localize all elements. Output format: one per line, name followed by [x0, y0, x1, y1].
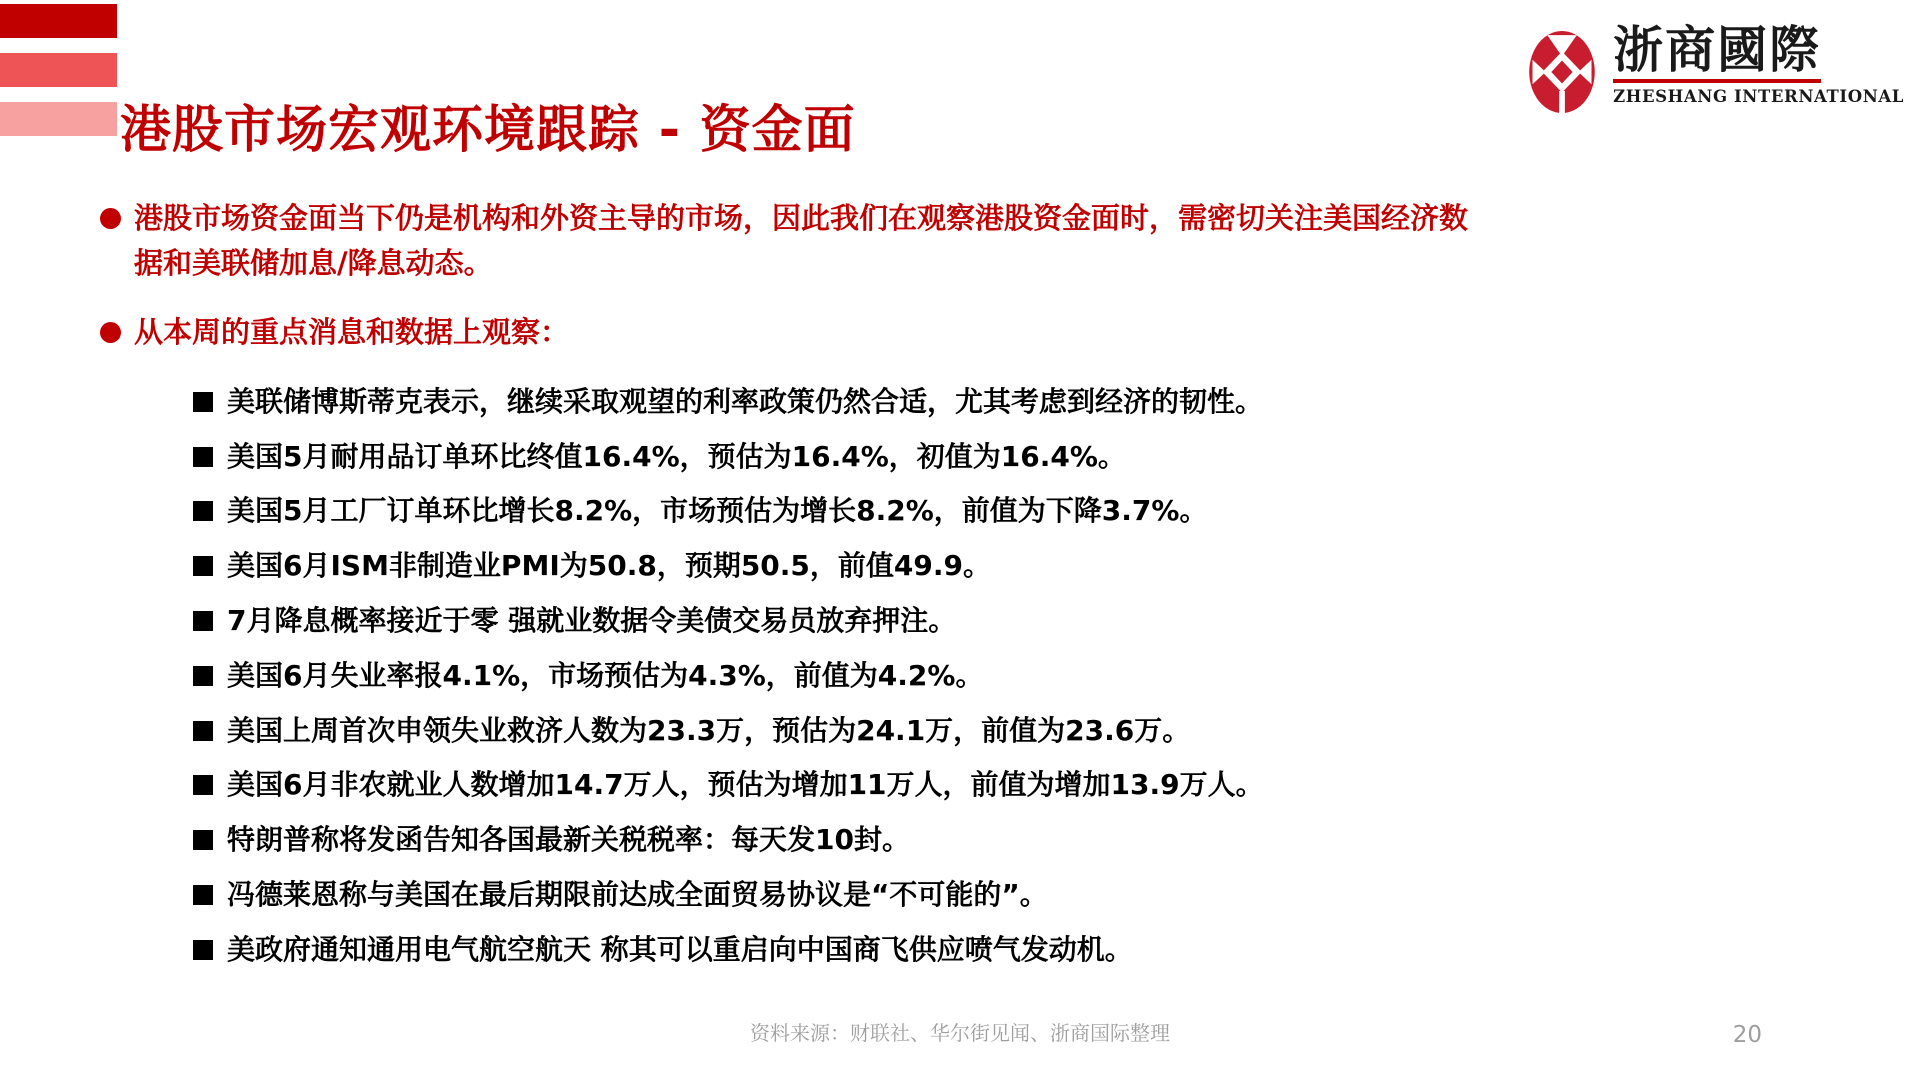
logo-name-chinese: 浙商國際: [1613, 22, 1821, 83]
bullet-square-icon: [193, 611, 213, 631]
decorative-bar-light: [0, 102, 117, 136]
page-number: 20: [1733, 1022, 1762, 1048]
sub-bullet-text: 7月降息概率接近于零 强就业数据令美债交易员放弃押注。: [227, 602, 956, 640]
sub-bullet-text: 美国6月非农就业人数增加14.7万人，预估为增加11万人，前值为增加13.9万人…: [227, 766, 1264, 804]
bullet-square-icon: [193, 556, 213, 576]
sub-bullet-item: 美政府通知通用电气航空航天 称其可以重启向中国商飞供应喷气发动机。: [193, 931, 1530, 969]
sub-bullet-item: 特朗普称将发函告知各国最新关税税率：每天发10封。: [193, 821, 1530, 859]
sub-bullet-text: 美国5月耐用品订单环比终值16.4%，预估为16.4%，初值为16.4%。: [227, 438, 1126, 476]
bullet-item: 港股市场资金面当下仍是机构和外资主导的市场，因此我们在观察港股资金面时，需密切关…: [100, 196, 1530, 286]
sub-bullet-item: 美国上周首次申领失业救济人数为23.3万，预估为24.1万，前值为23.6万。: [193, 712, 1530, 750]
bullet-square-icon: [193, 885, 213, 905]
decorative-bars: [0, 4, 117, 151]
bullet-square-icon: [193, 666, 213, 686]
sub-bullet-item: 美国6月失业率报4.1%，市场预估为4.3%，前值为4.2%。: [193, 657, 1530, 695]
sub-bullet-item: 美国6月ISM非制造业PMI为50.8，预期50.5，前值49.9。: [193, 547, 1530, 585]
sub-bullet-item: 冯德莱恩称与美国在最后期限前达成全面贸易协议是“不可能的”。: [193, 876, 1530, 914]
sub-bullet-list: 美联储博斯蒂克表示，继续采取观望的利率政策仍然合适，尤其考虑到经济的韧性。 美国…: [100, 383, 1530, 969]
sub-bullet-text: 冯德莱恩称与美国在最后期限前达成全面贸易协议是“不可能的”。: [227, 876, 1048, 914]
bullet-square-icon: [193, 447, 213, 467]
bullet-square-icon: [193, 940, 213, 960]
bullet-square-icon: [193, 392, 213, 412]
bullet-square-icon: [193, 830, 213, 850]
sub-bullet-item: 美国5月耐用品订单环比终值16.4%，预估为16.4%，初值为16.4%。: [193, 438, 1530, 476]
sub-bullet-text: 美国6月失业率报4.1%，市场预估为4.3%，前值为4.2%。: [227, 657, 983, 695]
sub-bullet-text: 美政府通知通用电气航空航天 称其可以重启向中国商飞供应喷气发动机。: [227, 931, 1133, 969]
sub-bullet-text: 美国6月ISM非制造业PMI为50.8，预期50.5，前值49.9。: [227, 547, 991, 585]
bullet-text: 从本周的重点消息和数据上观察：: [134, 310, 1484, 355]
slide-title: 港股市场宏观环境跟踪 - 资金面: [120, 88, 856, 162]
sub-bullet-text: 美联储博斯蒂克表示，继续采取观望的利率政策仍然合适，尤其考虑到经济的韧性。: [227, 383, 1263, 421]
bullet-dot-icon: [100, 208, 121, 229]
bullet-square-icon: [193, 721, 213, 741]
sub-bullet-item: 美国5月工厂订单环比增长8.2%，市场预估为增长8.2%，前值为下降3.7%。: [193, 492, 1530, 530]
bullet-text: 港股市场资金面当下仍是机构和外资主导的市场，因此我们在观察港股资金面时，需密切关…: [134, 196, 1484, 286]
bullet-square-icon: [193, 775, 213, 795]
sub-bullet-item: 7月降息概率接近于零 强就业数据令美债交易员放弃押注。: [193, 602, 1530, 640]
logo-text: 浙商國際 ZHESHANG INTERNATIONAL: [1613, 22, 1904, 106]
source-note: 资料来源：财联社、华尔街见闻、浙商国际整理: [0, 1017, 1920, 1046]
sub-bullet-item: 美国6月非农就业人数增加14.7万人，预估为增加11万人，前值为增加13.9万人…: [193, 766, 1530, 804]
decorative-bar-dark: [0, 4, 117, 38]
decorative-bar-medium: [0, 53, 117, 87]
sub-bullet-text: 美国5月工厂订单环比增长8.2%，市场预估为增长8.2%，前值为下降3.7%。: [227, 492, 1207, 530]
bullet-dot-icon: [100, 322, 121, 343]
sub-bullet-text: 美国上周首次申领失业救济人数为23.3万，预估为24.1万，前值为23.6万。: [227, 712, 1190, 750]
bullet-square-icon: [193, 501, 213, 521]
logo-name-english: ZHESHANG INTERNATIONAL: [1613, 87, 1904, 106]
sub-bullet-text: 特朗普称将发函告知各国最新关税税率：每天发10封。: [227, 821, 910, 859]
slide-body: 港股市场资金面当下仍是机构和外资主导的市场，因此我们在观察港股资金面时，需密切关…: [100, 196, 1530, 986]
sub-bullet-item: 美联储博斯蒂克表示，继续采取观望的利率政策仍然合适，尤其考虑到经济的韧性。: [193, 383, 1530, 421]
zheshang-emblem-icon: [1521, 22, 1603, 122]
bullet-item: 从本周的重点消息和数据上观察：: [100, 310, 1530, 355]
company-logo: 浙商國際 ZHESHANG INTERNATIONAL: [1521, 22, 1904, 122]
presentation-slide: 浙商國際 ZHESHANG INTERNATIONAL 港股市场宏观环境跟踪 -…: [0, 0, 1920, 1080]
